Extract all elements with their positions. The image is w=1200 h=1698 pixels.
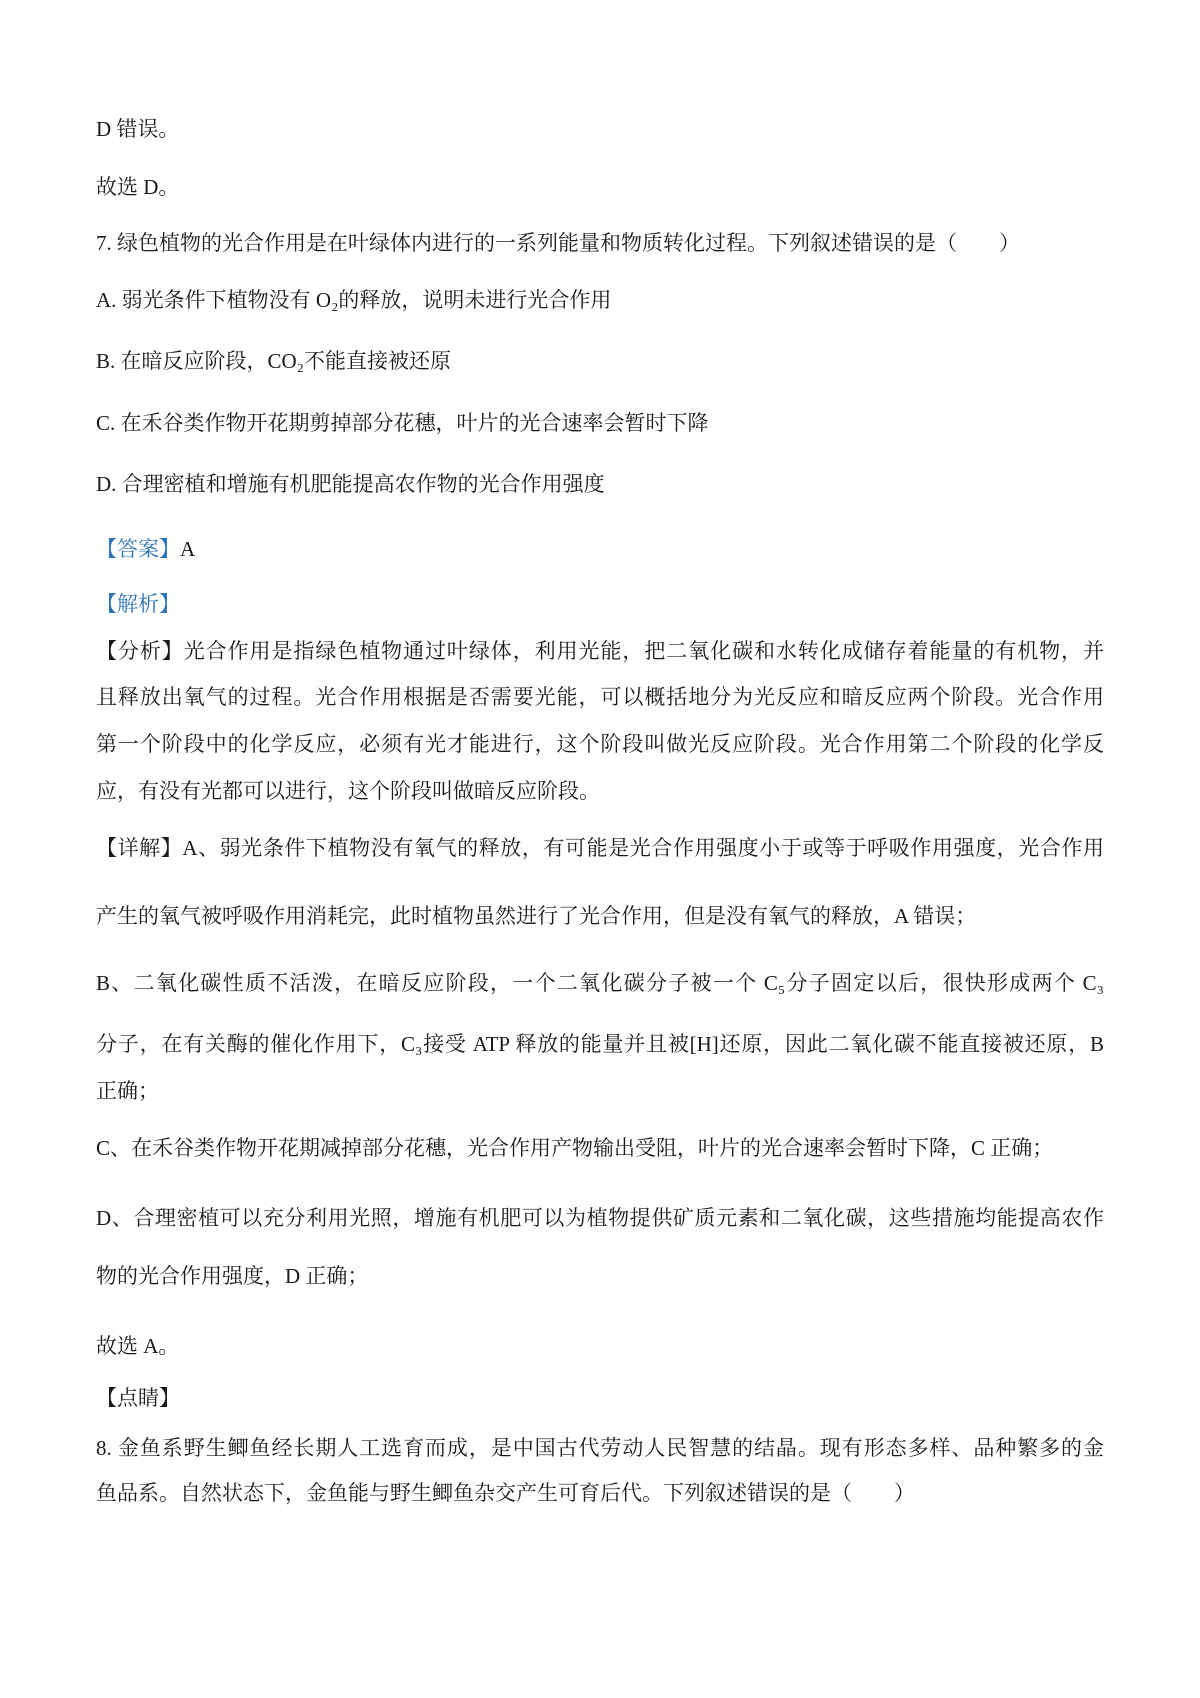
q7-analysis-line-3: 第一个阶段中的化学反应，必须有光才能进行，这个阶段叫做光反应阶段。光合作用第二个… <box>96 731 1104 758</box>
q7-analysis-label: 【解析】 <box>96 592 180 616</box>
q7-detail-line-3: B、二氧化碳性质不活泼，在暗反应阶段，一个二氧化碳分子被一个 C₅分子固定以后，… <box>96 970 1104 997</box>
q6-tail-d-wrong: D 错误。 <box>96 116 1104 143</box>
q7-detail-line-4: 分子，在有关酶的催化作用下，C₃接受 ATP 释放的能量并且被[H]还原，因此二… <box>96 1031 1104 1058</box>
document-page: D 错误。 故选 D。 7. 绿色植物的光合作用是在叶绿体内进行的一系列能量和物… <box>0 0 1200 1698</box>
q7-conclusion: 故选 A。 <box>96 1333 1104 1360</box>
q7-answer-label: 【答案】 <box>96 537 180 561</box>
q7-answer-value: A <box>180 537 195 561</box>
q7-answer-line: 【答案】A <box>96 536 1104 563</box>
q7-tip-label: 【点睛】 <box>96 1386 180 1410</box>
q7-option-a: A. 弱光条件下植物没有 O₂的释放，说明未进行光合作用 <box>96 287 1104 314</box>
q7-analysis-line-1: 【分析】光合作用是指绿色植物通过叶绿体，利用光能，把二氧化碳和水转化成储存着能量… <box>96 638 1104 665</box>
q8-stem-line-1: 8. 金鱼系野生鲫鱼经长期人工选育而成，是中国古代劳动人民智慧的结晶。现有形态多… <box>96 1435 1104 1462</box>
q6-tail-conclusion: 故选 D。 <box>96 174 1104 201</box>
q7-detail-line-7: D、合理密植可以充分利用光照，增施有机肥可以为植物提供矿质元素和二氧化碳，这些措… <box>96 1205 1104 1232</box>
q7-detail-line-5: 正确； <box>96 1078 1104 1105</box>
q7-analysis-line-4: 应，有没有光都可以进行，这个阶段叫做暗反应阶段。 <box>96 778 1104 805</box>
q7-analysis-label-line: 【解析】 <box>96 591 1104 618</box>
q7-option-c: C. 在禾谷类作物开花期剪掉部分花穗，叶片的光合速率会暂时下降 <box>96 410 1104 437</box>
q7-option-d: D. 合理密植和增施有机肥能提高农作物的光合作用强度 <box>96 471 1104 498</box>
q7-analysis-line-2: 且释放出氧气的过程。光合作用根据是否需要光能，可以概括地分为光反应和暗反应两个阶… <box>96 684 1104 711</box>
q7-stem: 7. 绿色植物的光合作用是在叶绿体内进行的一系列能量和物质转化过程。下列叙述错误… <box>96 230 1104 257</box>
q7-detail-line-1: 【详解】A、弱光条件下植物没有氧气的释放，有可能是光合作用强度小于或等于呼吸作用… <box>96 835 1104 862</box>
q7-detail-line-6: C、在禾谷类作物开花期减掉部分花穗，光合作用产物输出受阻，叶片的光合速率会暂时下… <box>96 1135 1104 1162</box>
q7-detail-line-8: 物的光合作用强度，D 正确； <box>96 1263 1104 1290</box>
q8-stem-line-2: 鱼品系。自然状态下，金鱼能与野生鲫鱼杂交产生可育后代。下列叙述错误的是（ ） <box>96 1480 1104 1507</box>
q7-detail-line-2: 产生的氧气被呼吸作用消耗完，此时植物虽然进行了光合作用，但是没有氧气的释放，A … <box>96 903 1104 930</box>
q7-tip-label-line: 【点睛】 <box>96 1385 1104 1412</box>
q7-option-b: B. 在暗反应阶段，CO₂不能直接被还原 <box>96 348 1104 375</box>
